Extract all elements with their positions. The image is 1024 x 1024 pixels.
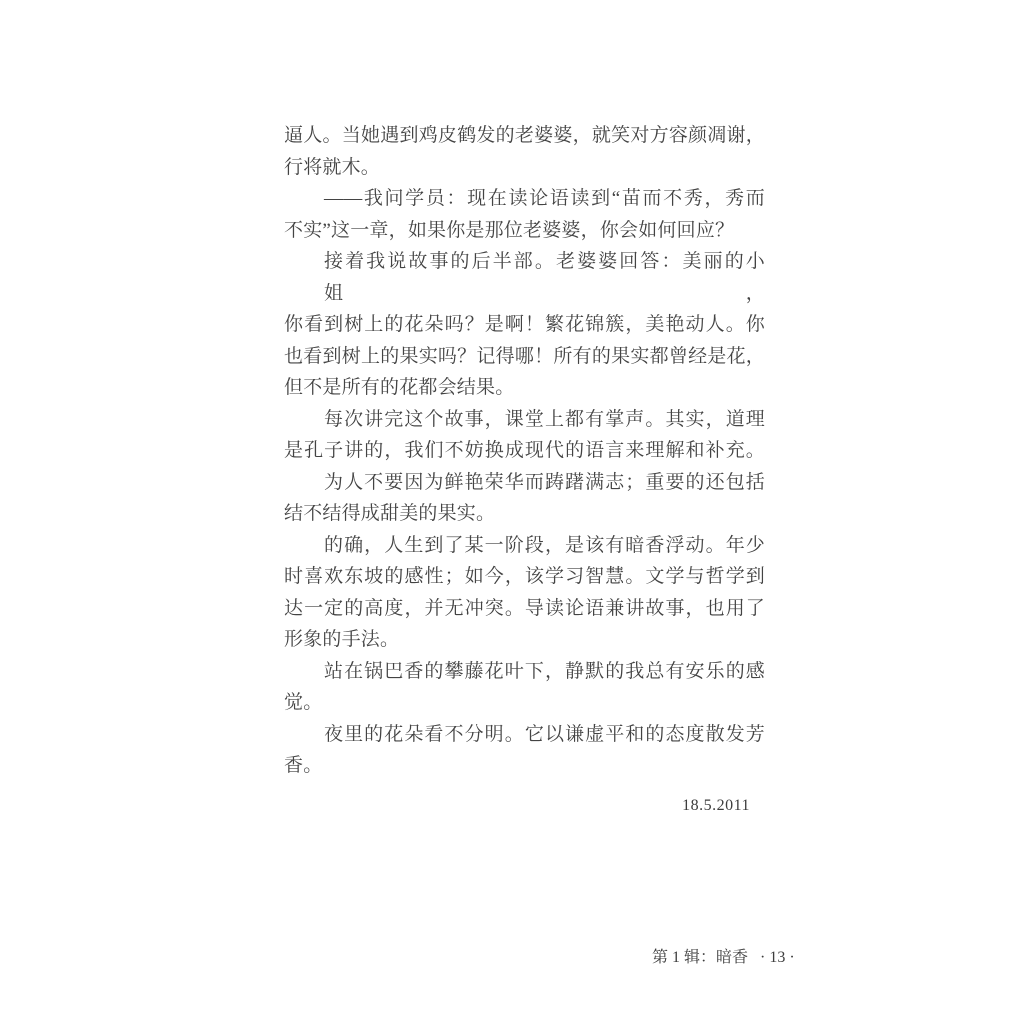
page-footer: 第 1 辑：暗香· 13 · [652,948,795,967]
text-line: 每次讲完这个故事，课堂上都有掌声。其实，道理 [284,404,765,436]
text-line: ——我问学员：现在读论语读到“苗而不秀，秀而 [284,183,765,215]
date-line: 18.5.2011 [284,796,765,816]
text-line: 站在锅巴香的攀藤花叶下，静默的我总有安乐的感 [284,656,765,688]
text-line: 接着我说故事的后半部。老婆婆回答：美丽的小姐， [284,246,765,309]
text-line: 是孔子讲的，我们不妨换成现代的语言来理解和补充。 [284,435,765,467]
text-line: 你看到树上的花朵吗？是啊！繁花锦簇，美艳动人。你 [284,309,765,341]
text-line: 时喜欢东坡的感性；如今，该学习智慧。文学与哲学到 [284,561,765,593]
text-line: 结不结得成甜美的果实。 [284,498,765,530]
text-line: 达一定的高度，并无冲突。导读论语兼讲故事，也用了 [284,593,765,625]
body-text: 逼人。当她遇到鸡皮鹤发的老婆婆，就笑对方容颜凋谢， 行将就木。 ——我问学员：现… [284,120,765,782]
text-line: 的确，人生到了某一阶段，是该有暗香浮动。年少 [284,530,765,562]
text-line: 夜里的花朵看不分明。它以谦虚平和的态度散发芳 [284,719,765,751]
text-line: 也看到树上的果实吗？记得哪！所有的果实都曾经是花， [284,341,765,373]
footer-page-number: · 13 · [760,949,795,966]
text-line: 香。 [284,750,765,782]
text-line: 行将就木。 [284,152,765,184]
book-page: 逼人。当她遇到鸡皮鹤发的老婆婆，就笑对方容颜凋谢， 行将就木。 ——我问学员：现… [0,0,1024,1024]
text-line: 觉。 [284,687,765,719]
text-line: 为人不要因为鲜艳荣华而踌躇满志；重要的还包括 [284,467,765,499]
footer-section-title: 第 1 辑：暗香 [652,949,748,966]
text-line: 不实”这一章，如果你是那位老婆婆，你会如何回应？ [284,215,765,247]
text-line: 逼人。当她遇到鸡皮鹤发的老婆婆，就笑对方容颜凋谢， [284,120,765,152]
text-line: 但不是所有的花都会结果。 [284,372,765,404]
text-line: 形象的手法。 [284,624,765,656]
